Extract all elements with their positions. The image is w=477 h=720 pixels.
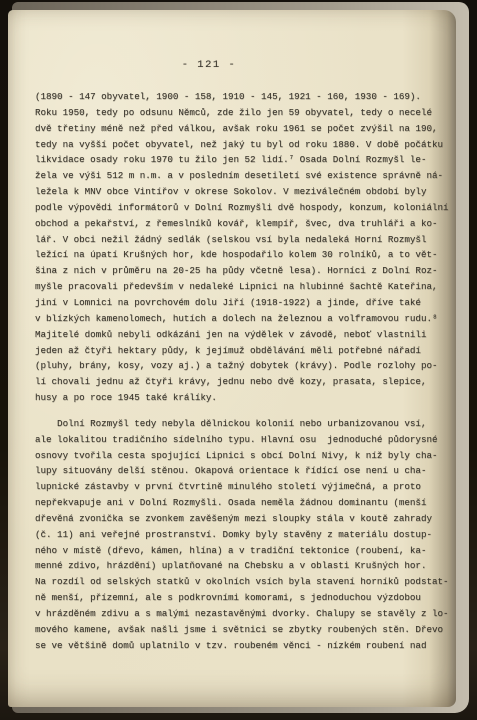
text-line: osnovy tvořila cesta spojující Lipnici s… xyxy=(35,448,452,464)
text-line: dřevěná zvonička se zvonkem zavěšeným me… xyxy=(35,511,452,527)
text-line: žela ve výši 512 m n.m. a v posledním de… xyxy=(35,168,452,184)
text-line: mového kamene, avšak našli jsme i světni… xyxy=(35,622,452,638)
text-line: (pluhy, brány, kosy, vozy aj.) a tažný d… xyxy=(35,358,452,374)
text-line: obchod a pekařství, z řemeslníků kovář, … xyxy=(35,216,452,232)
scanned-book-photo: - 121 - (1890 - 147 obyvatel, 1900 - 158… xyxy=(0,0,477,720)
text-line: lář. V obci nežil žádný sedlák (selskou … xyxy=(35,232,452,248)
text-line: podle výpovědi informátorů v Dolní Rozmy… xyxy=(35,200,452,216)
text-line: jiní v Lomnici na povrchovém dolu Jiří (… xyxy=(35,295,452,311)
text-line: v blízkých kamenolomech, hutích a dolech… xyxy=(35,311,452,327)
text-line: ného v místě (dřevo, kámen, hlína) a v t… xyxy=(35,543,452,559)
text-line: ně menší, přízemní, ale s podkrovními ko… xyxy=(35,590,452,606)
text-line: lí chovali jednu až čtyři krávy, jednu n… xyxy=(35,374,452,390)
text-line: Majitelé domků nebyli odkázáni jen na vý… xyxy=(35,327,452,343)
text-line: ležela k MNV obce Vintířov v okrese Soko… xyxy=(35,184,452,200)
text-line: lupy situovány delší stěnou. Okapová ori… xyxy=(35,463,452,479)
text-line: myšle pracovali především v nedaleké Lip… xyxy=(35,279,452,295)
text-line: ale lokalitou tradičního sídelního typu.… xyxy=(35,432,452,448)
text-line: Na rozdíl od selských statků v okolních … xyxy=(35,574,452,590)
text-line: v hrázděném zdivu a s malými nezastavěný… xyxy=(35,606,452,622)
text-line: dvě třetiny méně než před válkou, avšak … xyxy=(35,121,452,137)
body-text: (1890 - 147 obyvatel, 1900 - 158, 1910 -… xyxy=(35,89,452,654)
text-line: nepřekvapuje ani v Dolní Rozmyšli. Osada… xyxy=(35,495,452,511)
book-page: - 121 - (1890 - 147 obyvatel, 1900 - 158… xyxy=(8,10,456,707)
text-line: Dolní Rozmyšl tedy nebyla dělnickou kolo… xyxy=(35,416,452,432)
text-line: tedy na vyšší počet obyvatel, než jaký t… xyxy=(35,137,452,153)
page-number: - 121 - xyxy=(8,59,410,71)
text-line: šina z nich v průměru na 20-25 ha půdy v… xyxy=(35,263,452,279)
text-line: jeden až čtyři hektary půdy, k jejímuž o… xyxy=(35,343,452,359)
paragraph: (1890 - 147 obyvatel, 1900 - 158, 1910 -… xyxy=(35,89,452,406)
text-line: menné zdivo, hrázdění) uplatňované na Ch… xyxy=(35,558,452,574)
text-line: (1890 - 147 obyvatel, 1900 - 158, 1910 -… xyxy=(35,89,452,105)
text-line: se ve většině domů uplatnilo v tzv. roub… xyxy=(35,638,452,654)
text-line: ležící na úpatí Krušných hor, kde hospod… xyxy=(35,247,452,263)
paragraph: Dolní Rozmyšl tedy nebyla dělnickou kolo… xyxy=(35,416,452,654)
text-line: Roku 1950, tedy po odsunu Němců, zde žil… xyxy=(35,105,452,121)
text-line: lupnické zástavby v první čtvrtině minul… xyxy=(35,479,452,495)
text-line: (č. 11) ani veřejné prostranství. Domky … xyxy=(35,527,452,543)
text-line: likvidace osady roku 1970 tu žilo jen 52… xyxy=(35,152,452,168)
text-line: husy a po roce 1945 také králíky. xyxy=(35,390,452,406)
